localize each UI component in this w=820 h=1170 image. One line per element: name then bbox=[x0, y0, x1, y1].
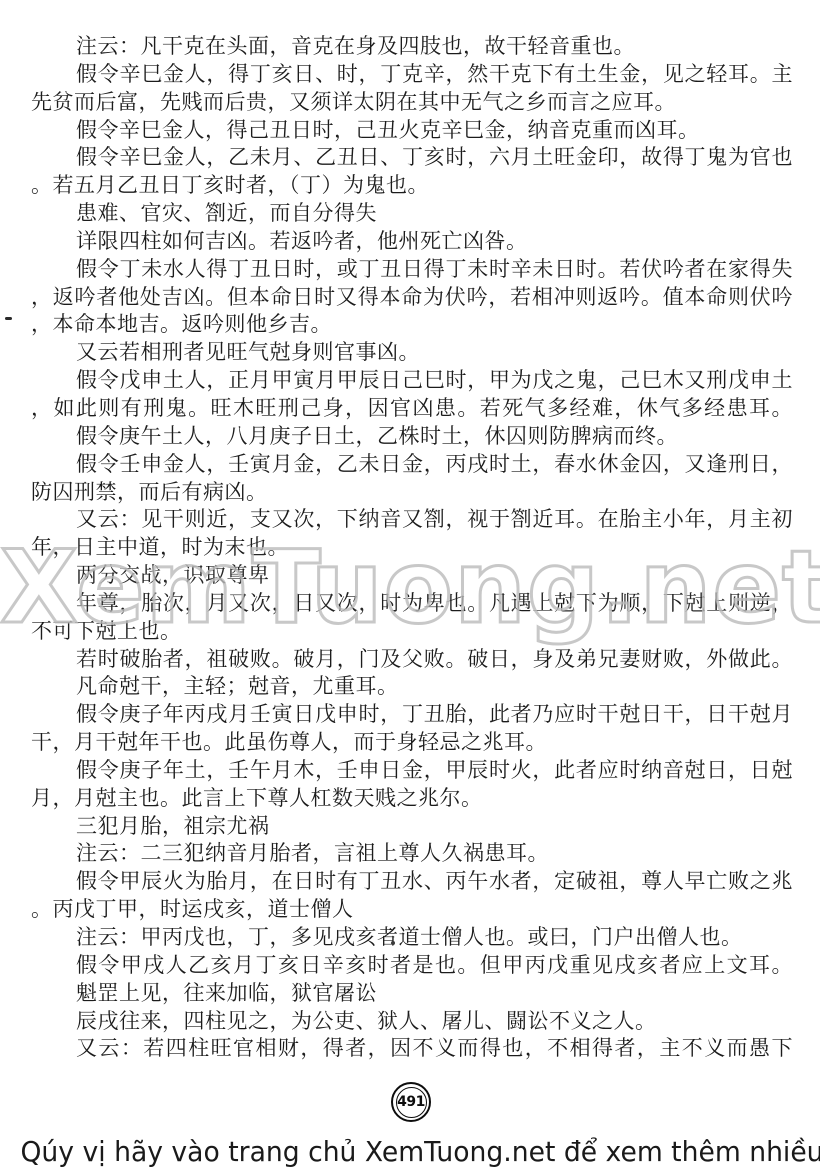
text-line: 假令戊申土人，正月甲寅月甲辰日己巳时，甲为戊之鬼，己巳木又刑戊申土 bbox=[31, 367, 793, 395]
text-line: 防囚刑禁，而后有病凶。 bbox=[31, 479, 793, 507]
text-line: 又云若相刑者见旺气尅身则官事凶。 bbox=[31, 339, 793, 367]
text-line: 魁罡上见，往来加临，狱官屠讼 bbox=[31, 980, 793, 1008]
page-number: 491 bbox=[396, 1087, 427, 1118]
text-line: 干，月干尅年干也。此虽伤尊人，而于身轻忌之兆耳。 bbox=[31, 729, 793, 757]
text-line: 注云：甲丙戊也，丁，多见戌亥者道士僧人也。或曰，门户出僧人也。 bbox=[31, 924, 793, 952]
text-line: 三犯月胎，祖宗尤祸 bbox=[31, 813, 793, 841]
document-text: 注云：凡干克在头面，音克在身及四肢也，故干轻音重也。假令辛巳金人，得丁亥日、时，… bbox=[31, 33, 793, 1063]
page-number-badge: 491 bbox=[391, 1082, 431, 1122]
text-line: 凡命尅干，主轻；尅音，尤重耳。 bbox=[31, 673, 793, 701]
text-line: 假令甲辰火为胎月，在日时有丁丑水、丙午水者，定破祖，尊人早亡败之兆也 bbox=[31, 868, 793, 896]
scan-speck bbox=[5, 317, 12, 320]
scanned-book-page: 注云：凡干克在头面，音克在身及四肢也，故干轻音重也。假令辛巳金人，得丁亥日、时，… bbox=[0, 0, 820, 1170]
text-line: ，如此则有刑鬼。旺木旺刑己身，因官凶患。若死气多经难，休气多经患耳。 bbox=[31, 395, 793, 423]
text-line: 先贫而后富，先贱而后贵，又须详太阴在其中无气之乡而言之应耳。 bbox=[31, 89, 793, 117]
text-line: 不可下尅上也。 bbox=[31, 618, 793, 646]
text-line: 假令庚子年丙戌月壬寅日戊申时，丁丑胎，此者乃应时干尅日干，日干尅月 bbox=[31, 701, 793, 729]
text-line: 年，日主中道，时为末也。 bbox=[31, 534, 793, 562]
text-line: 假令庚子年土，壬午月木，壬申日金，甲辰时火，此者应时纳音尅日，日尅 bbox=[31, 757, 793, 785]
text-line: 假令甲戌人乙亥月丁亥日辛亥时者是也。但甲丙戊重见戌亥者应上文耳。 bbox=[31, 952, 793, 980]
scan-speck bbox=[391, 941, 395, 945]
text-line: ，本命本地吉。返吟则他乡吉。 bbox=[31, 311, 793, 339]
text-line: 假令辛巳金人，得丁亥日、时，丁克辛，然干克下有土生金，见之轻耳。主 bbox=[31, 61, 793, 89]
text-line: 假令丁未水人得丁丑日时，或丁丑日得丁未时辛未日时。若伏吟者在家得失 bbox=[31, 256, 793, 284]
text-line: 患难、官灾、劄近，而自分得失 bbox=[31, 200, 793, 228]
text-line: 假令辛巳金人，乙未月、乙丑日、丁亥时，六月土旺金印，故得丁鬼为官也 bbox=[31, 144, 793, 172]
text-line: 。丙戊丁甲，时运戌亥，道士僧人 bbox=[31, 896, 793, 924]
text-line: 详限四柱如何吉凶。若返吟者，他州死亡凶咎。 bbox=[31, 228, 793, 256]
text-line: 月，月尅主也。此言上下尊人杠数天贱之兆尔。 bbox=[31, 785, 793, 813]
text-line: 若时破胎者，祖破败。破月，门及父败。破日，身及弟兄妻财败，外做此。 bbox=[31, 646, 793, 674]
text-line: 假令辛巳金人，得己丑日时，己丑火克辛巳金，纳音克重而凶耳。 bbox=[31, 117, 793, 145]
text-line: 注云：凡干克在头面，音克在身及四肢也，故干轻音重也。 bbox=[31, 33, 793, 61]
text-line: 两分交战，识取尊卑 bbox=[31, 562, 793, 590]
text-line: 年尊，胎次，月又次，日又次，时为卑也。凡遇上尅下为顺，下尅上则逆， bbox=[31, 590, 793, 618]
text-line: 注云：二三犯纳音月胎者，言祖上尊人久祸患耳。 bbox=[31, 840, 793, 868]
text-line: ，返吟者他处吉凶。但本命日时又得本命为伏吟，若相冲则返吟。值本命则伏吟 bbox=[31, 284, 793, 312]
text-line: 假令壬申金人，壬寅月金，乙未日金，丙戌时土，春水休金囚，又逢刑日， bbox=[31, 451, 793, 479]
text-line: 假令庚午土人，八月庚子日土，乙株时土，休囚则防脾病而终。 bbox=[31, 423, 793, 451]
footer-note: Qúy vị hãy vào trang chủ XemTuong.net để… bbox=[21, 1135, 800, 1168]
text-line: 辰戌往来，四柱见之，为公吏、狱人、屠儿、闘讼不义之人。 bbox=[31, 1008, 793, 1036]
text-line: 。若五月乙丑日丁亥时者，（丁）为鬼也。 bbox=[31, 172, 793, 200]
text-line: 又云：若四柱旺官相财，得者，因不义而得也，不相得者，主不义而愚下尔。 bbox=[31, 1035, 793, 1063]
text-line: 又云：见干则近，支又次，下纳音又劄，视于劄近耳。在胎主小年，月主初 bbox=[31, 506, 793, 534]
